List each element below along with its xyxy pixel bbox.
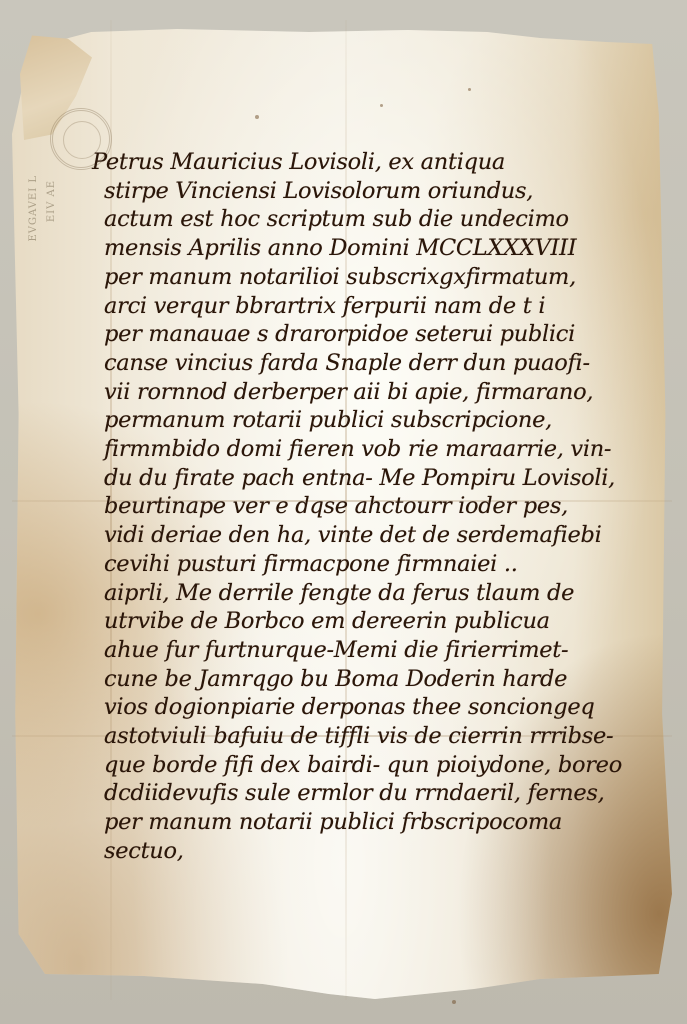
ink-spot	[468, 88, 471, 91]
stamp-vertical-text: EIV AE	[46, 180, 57, 222]
ink-spot	[255, 115, 259, 119]
manuscript-line: sectuo,	[104, 837, 662, 866]
manuscript-line: per manauae s drarorpidoe seterui public…	[104, 320, 662, 349]
ink-spot	[380, 104, 383, 107]
manuscript-line: vii rornnod derberper aii bi apie, firma…	[104, 378, 662, 407]
manuscript-line: mensis Aprilis anno Domini MCCLXXXVIII	[104, 234, 662, 263]
manuscript-line: vios dogionpiarie derponas thee sonciong…	[104, 693, 662, 722]
manuscript-line: utrvibe de Borbco em dereerin publicua	[104, 607, 662, 636]
manuscript-line: actum est hoc scriptum sub die undecimo	[104, 205, 662, 234]
manuscript-line: per manum notarii publici frbscripocoma	[104, 808, 662, 837]
manuscript-line: canse vincius farda Snaple derr dun puao…	[104, 349, 662, 378]
manuscript-line: arci verqur bbrartrix ferpurii nam de t …	[104, 292, 662, 321]
ink-spot	[452, 1000, 456, 1004]
manuscript-line: cune be Jamrqgo bu Boma Doderin harde	[104, 665, 662, 694]
manuscript-line: per manum notarilioi subscrixgxfirmatum,	[104, 263, 662, 292]
manuscript-line: du du firate pach entna- Me Pompiru Lovi…	[104, 464, 662, 493]
manuscript-text: Petrus Mauricius Lovisoli, ex antiqua st…	[92, 148, 662, 866]
manuscript-line: astotviuli bafuiu de tiffli vis de cierr…	[104, 722, 662, 751]
manuscript-line: vidi deriae den ha, vinte det de serdema…	[104, 521, 662, 550]
manuscript-line: dcdiidevufis sule ermlor du rrndaeril, f…	[104, 779, 662, 808]
manuscript-line: que borde fifi dex bairdi- qun pioiydone…	[104, 751, 662, 780]
manuscript-line: cevihi pusturi firmacpone firmnaiei ..	[104, 550, 662, 579]
manuscript-line: firmmbido domi fieren vob rie maraarrie,…	[104, 435, 662, 464]
manuscript-line: permanum rotarii publici subscripcione,	[104, 406, 662, 435]
manuscript-line: stirpe Vinciensi Lovisolorum oriundus,	[104, 177, 662, 206]
manuscript-line: Petrus Mauricius Lovisoli, ex antiqua	[92, 148, 662, 177]
manuscript-line: ahue fur furtnurque-Memi die firierrimet…	[104, 636, 662, 665]
manuscript-line: beurtinape ver e dqse ahctourr ioder pes…	[104, 492, 662, 521]
stamp-vertical-text: EVGAVEI L	[28, 175, 39, 242]
manuscript-line: aiprli, Me derrile fengte da ferus tlaum…	[104, 579, 662, 608]
